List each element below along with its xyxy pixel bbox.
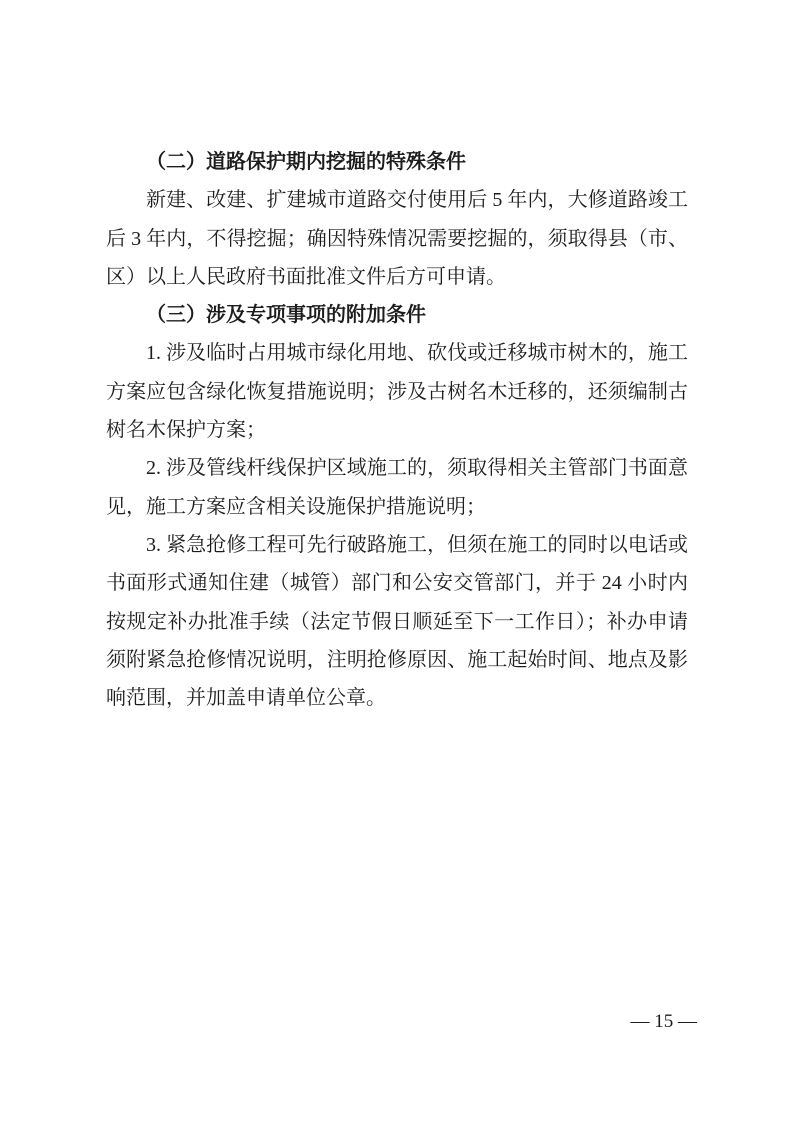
paragraph: 1. 涉及临时占用城市绿化用地、砍伐或迁移城市树木的，施工方案应包含绿化恢复措施… xyxy=(106,334,688,449)
document-body: （二）道路保护期内挖掘的特殊条件 新建、改建、扩建城市道路交付使用后 5 年内，… xyxy=(106,143,688,717)
page-number: — 15 — xyxy=(631,1011,698,1033)
paragraph: 2. 涉及管线杆线保护区域施工的，须取得相关主管部门书面意见，施工方案应含相关设… xyxy=(106,449,688,526)
paragraph: 3. 紧急抢修工程可先行破路施工，但须在施工的同时以电话或书面形式通知住建（城管… xyxy=(106,526,688,717)
document-page: （二）道路保护期内挖掘的特殊条件 新建、改建、扩建城市道路交付使用后 5 年内，… xyxy=(0,0,793,1122)
section-heading-2: （二）道路保护期内挖掘的特殊条件 xyxy=(106,143,688,181)
section-heading-3: （三）涉及专项事项的附加条件 xyxy=(106,296,688,334)
paragraph: 新建、改建、扩建城市道路交付使用后 5 年内，大修道路竣工后 3 年内，不得挖掘… xyxy=(106,181,688,296)
